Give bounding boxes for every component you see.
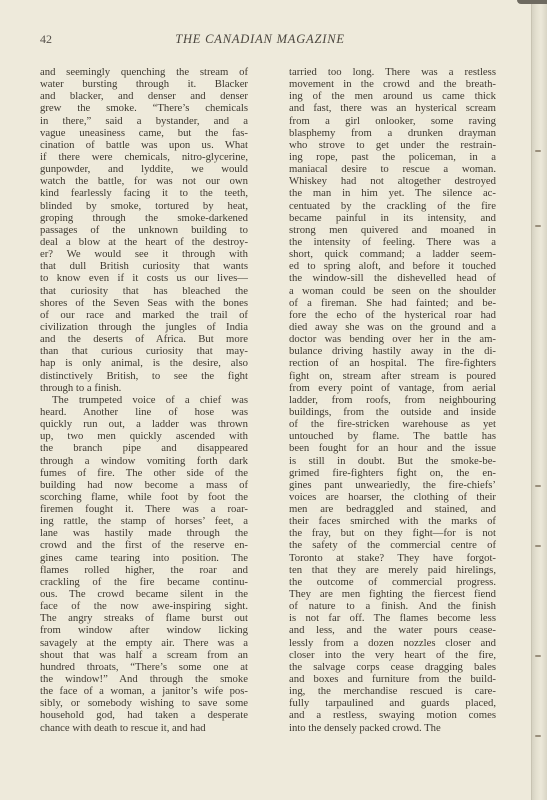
text-line: became painful in its intensity, and [289,212,496,224]
text-line: in there,” said a bystander, and a [40,115,248,127]
text-line: The angry streaks of flame burst out [40,612,248,624]
text-line: movement in the crowd and the breath- [289,78,496,90]
edge-mark [535,545,541,547]
magazine-page: 42 THE CANADIAN MAGAZINE and seemingly q… [0,0,532,800]
text-line: er? We would see it through with [40,248,248,260]
text-line: hundred throats, “There’s some one at [40,661,248,673]
text-line: from a girl onlooker, some raving [289,115,496,127]
text-line: crackling of the fire became continu- [40,576,248,588]
text-line: fight on, stream after stream is poured [289,370,496,382]
text-line: the safety of the commercial centre of [289,539,496,551]
text-line: of the fire-stricken warehouse as yet [289,418,496,430]
text-line: sibly, or somebody wishing to save some [40,697,248,709]
text-line: quickly run out, a ladder was thrown [40,418,248,430]
text-line: distinctively British, to see the fight [40,370,248,382]
text-line: ladder, from roofs, from neighbouring [289,394,496,406]
text-line: of our race and marked the trail of [40,309,248,321]
text-line: is still in doubt. But the smoke-be- [289,455,496,467]
text-line: from window after window licking [40,624,248,636]
edge-mark [535,655,541,657]
text-line: their faces smirched with the marks of [289,515,496,527]
text-line: a woman could be seen on the shoulder [289,285,496,297]
text-line: heard. Another line of hose was [40,406,248,418]
text-line: the window-sill the dishevelled head of [289,272,496,284]
text-line: rection of an hospital. The fire-fighter… [289,357,496,369]
text-line: if there were chemicals, nitro-glycerine… [40,151,248,163]
text-line: firemen fought it. There was a roar- [40,503,248,515]
text-line: water bursting through it. Blacker [40,78,248,90]
text-line: centuated by the crackling of the fire [289,200,496,212]
text-line: closer into the very heart of the fire, [289,649,496,661]
text-line: fully tarpaulined and guards placed, [289,697,496,709]
text-line: shout that was half a scream from an [40,649,248,661]
text-line: blasphemy from a drunken drayman [289,127,496,139]
text-line: the intensity of feeling. There was a [289,236,496,248]
text-line: bulance driving hastily away in the di- [289,345,496,357]
text-line: than that curious curiosity that may- [40,345,248,357]
edge-mark [535,735,541,737]
text-line: and the deserts of Africa. But more [40,333,248,345]
text-line: the man in him yet. The silence ac- [289,187,496,199]
text-line: from every point of vantage, from aerial [289,382,496,394]
text-line: gines pant unweariedly, the fire-chiefs’ [289,479,496,491]
text-line: ed to spring aloft, and before it touche… [289,260,496,272]
text-line: deal a blow at the heart of the destroy- [40,236,248,248]
text-line: of a fireman. She had fainted; and be- [289,297,496,309]
text-line: gines came tearing into position. The [40,552,248,564]
text-line: buildings, from the outside and inside [289,406,496,418]
text-line: short, quick command; a ladder seem- [289,248,496,260]
text-line: and boxes and furniture from the build- [289,673,496,685]
text-line: through a window vomiting forth dark [40,455,248,467]
text-line: the branch pipe and disappeared [40,442,248,454]
text-line: chance with death to rescue it, and had [40,722,248,734]
text-line: tarried too long. There was a restless [289,66,496,78]
page-edge [531,0,547,800]
text-line: Toronto at stake? They have forgot- [289,552,496,564]
text-line: The trumpeted voice of a chief was [40,394,248,406]
text-line: scorching flame, while foot by foot the [40,491,248,503]
edge-mark [535,485,541,487]
text-line: and a restless, swaying motion comes [289,709,496,721]
edge-mark [535,225,541,227]
text-line: untouched by flame. The battle has [289,430,496,442]
magazine-title: THE CANADIAN MAGAZINE [40,32,480,47]
text-line: strong men quivered and moaned in [289,224,496,236]
text-line: fumes of fire. The other side of the [40,467,248,479]
text-line: ing rattle, the stamp of horses’ feet, a [40,515,248,527]
text-line: the salvage corps cease dragging bales [289,661,496,673]
text-line: blinded by smoke, tortured by heat, [40,200,248,212]
text-line: fore the echo of the hysterical roar had [289,309,496,321]
text-line: up, two men quickly ascended with [40,430,248,442]
text-line: that curiosity that has bleached the [40,285,248,297]
text-line: of nature to a finish. And the finish [289,600,496,612]
text-line: crowd and the first of the reserve en- [40,539,248,551]
text-line: ing of the men around us came thick [289,90,496,102]
running-head: 42 THE CANADIAN MAGAZINE [40,32,480,52]
binding-shadow [517,0,547,4]
text-line: lessly from a dozen nozzles closer and [289,637,496,649]
text-line: and blacker, and denser and denser [40,90,248,102]
text-line: and fast, there was an hysterical scream [289,102,496,114]
text-line: voices are hoarser, the clothing of thei… [289,491,496,503]
text-line: the face of a woman, a janitor’s wife po… [40,685,248,697]
edge-mark [535,150,541,152]
text-line: who strove to get under the restrain- [289,139,496,151]
text-line: cination of battle was upon us. What [40,139,248,151]
text-line: is not far off. The flames become less [289,612,496,624]
right-column: tarried too long. There was a restlessmo… [289,66,496,734]
left-column: and seemingly quenching the stream ofwat… [40,66,248,734]
text-line: kind fearlessly facing it to the teeth, [40,187,248,199]
text-line: and seemingly quenching the stream of [40,66,248,78]
text-line: savagely at the empty air. There was a [40,637,248,649]
text-line: grimed fire-fighters fight on, the en- [289,467,496,479]
text-line: Whiskey had not altogether destroyed [289,175,496,187]
text-line: to know even if it costs us our lives— [40,272,248,284]
text-line: building had now become a mass of [40,479,248,491]
text-line: face of the now awe-inspiring sight. [40,600,248,612]
text-line: civilization through the jungles of Indi… [40,321,248,333]
text-line: maniacal desire to rescue a woman. [289,163,496,175]
text-line: household god, had taken a desperate [40,709,248,721]
text-line: ten that they are merely paid hirelings, [289,564,496,576]
text-line: the window!” And through the smoke [40,673,248,685]
text-line: passages of the unknown building to [40,224,248,236]
text-line: hap is only animal, is the desire, also [40,357,248,369]
text-line: men are bedraggled and stained, and [289,503,496,515]
text-line: into the densely packed crowd. The [289,722,496,734]
text-line: They are men fighting the fiercest fiend [289,588,496,600]
text-line: vague uneasiness came, but the fas- [40,127,248,139]
text-line: shores of the Seven Seas with the bones [40,297,248,309]
text-line: the fray, but on they fight—for is not [289,527,496,539]
text-line: that dull British curiosity that wants [40,260,248,272]
text-line: gunpowder, and lyddite, we would [40,163,248,175]
text-line: ing, the merchandise rescued is care- [289,685,496,697]
text-line: groping through the smoke-darkened [40,212,248,224]
text-line: flames rolled higher, the roar and [40,564,248,576]
text-line: lane was hastily made through the [40,527,248,539]
text-line: grew the smoke. “There’s chemicals [40,102,248,114]
text-line: ing rope, past the policeman, in a [289,151,496,163]
text-line: watch the battle, for was not our own [40,175,248,187]
text-line: ous. The crowd became silent in the [40,588,248,600]
text-line: died away she was on the ground and a [289,321,496,333]
text-line: and less, and the water pours cease- [289,624,496,636]
text-line: doctor was bending over her in the am- [289,333,496,345]
text-line: been fought for an hour and the issue [289,442,496,454]
text-line: through to a finish. [40,382,248,394]
text-line: the outcome of commercial progress. [289,576,496,588]
